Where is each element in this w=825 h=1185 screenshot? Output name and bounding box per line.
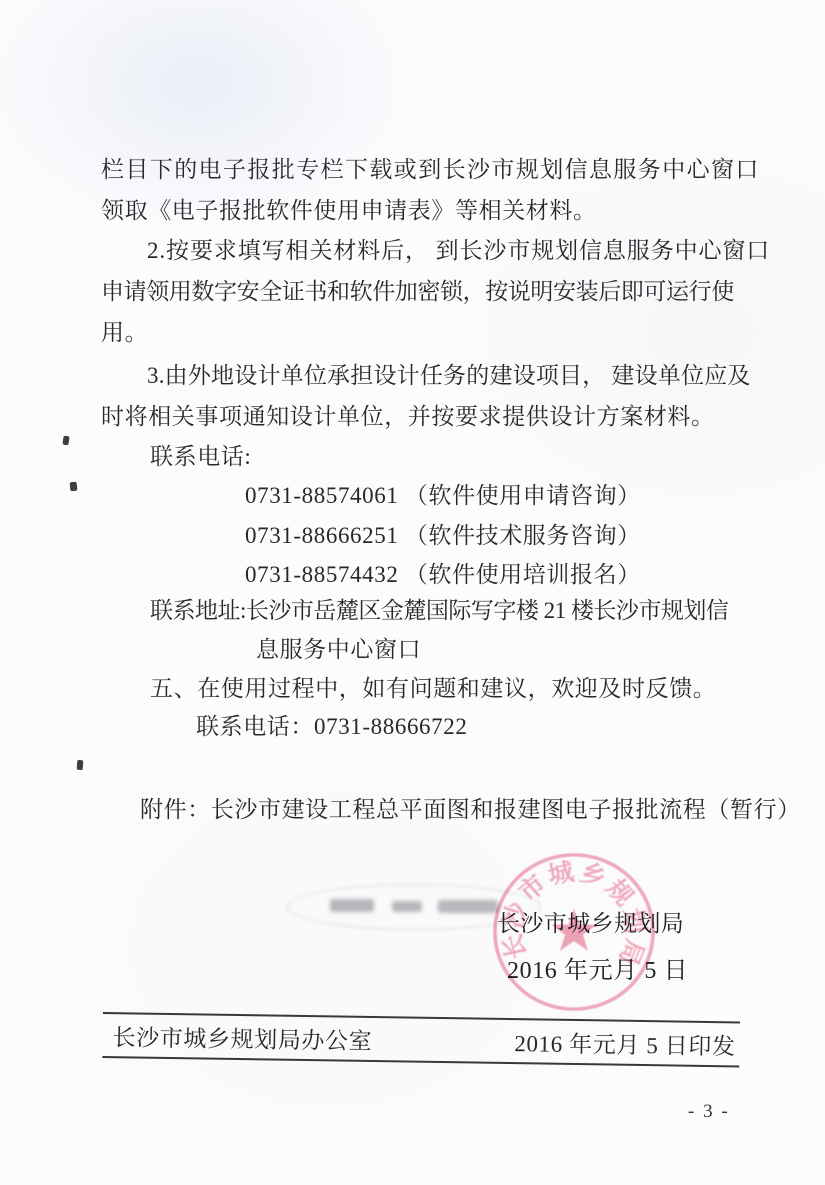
- page-number: - 3 -: [688, 1101, 730, 1123]
- phone-number-line: 0731-88574432 （软件使用培训报名）: [245, 556, 641, 589]
- body-line: 五、在使用过程中，如有问题和建议，欢迎及时反馈。: [150, 670, 716, 703]
- document-footer: 长沙市城乡规划局办公室 2016 年元月 5 日印发: [102, 1012, 740, 1067]
- stamp-star-icon: [551, 909, 596, 951]
- issuing-office: 长沙市城乡规划局办公室: [112, 1019, 372, 1056]
- scan-speck: [70, 482, 78, 492]
- scan-speck: [77, 760, 84, 770]
- contact-address-line: 息服务中心窗口: [256, 631, 421, 664]
- body-line: 栏目下的电子报批专栏下载或到长沙市规划信息服务中心窗口: [101, 151, 760, 184]
- body-line: 申请领用数字安全证书和软件加密锁，按说明安装后即可运行使: [101, 273, 734, 306]
- contact-phone-label: 联系电话:: [150, 438, 251, 471]
- scan-speck: [62, 436, 69, 446]
- phone-number-line: 0731-88574061 （软件使用申请咨询）: [245, 477, 641, 510]
- attachment-line: 附件：长沙市建设工程总平面图和报建图电子报批流程（暂行）: [140, 791, 801, 824]
- body-line: 用。: [101, 314, 148, 347]
- body-line: 领取《电子报批软件使用申请表》等相关材料。: [101, 192, 597, 225]
- print-date: 2016 年元月 5 日印发: [514, 1025, 736, 1061]
- body-line: 3.由外地设计单位承担设计任务的建设项目， 建设单位应及: [147, 357, 751, 390]
- body-line: 2.按要求填写相关材料后， 到长沙市规划信息服务中心窗口: [147, 232, 770, 265]
- phone-number-line: 0731-88666251 （软件技术服务咨询）: [245, 517, 641, 550]
- contact-address-line: 联系地址:长沙市岳麓区金麓国际写字楼 21 楼长沙市规划信: [150, 592, 728, 625]
- bleed-through-mark: [330, 899, 374, 912]
- bleed-through-mark: [392, 901, 422, 912]
- scanned-document-page: 栏目下的电子报批专栏下载或到长沙市规划信息服务中心窗口 领取《电子报批软件使用申…: [0, 0, 825, 1185]
- official-seal-stamp: 长沙市城乡规划局: [489, 849, 659, 1015]
- feedback-phone-line: 联系电话：0731-88666722: [196, 708, 467, 741]
- body-line: 时将相关事项通知设计单位，并按要求提供设计方案材料。: [101, 398, 715, 431]
- footer-rule-box: 长沙市城乡规划局办公室 2016 年元月 5 日印发: [102, 1012, 740, 1067]
